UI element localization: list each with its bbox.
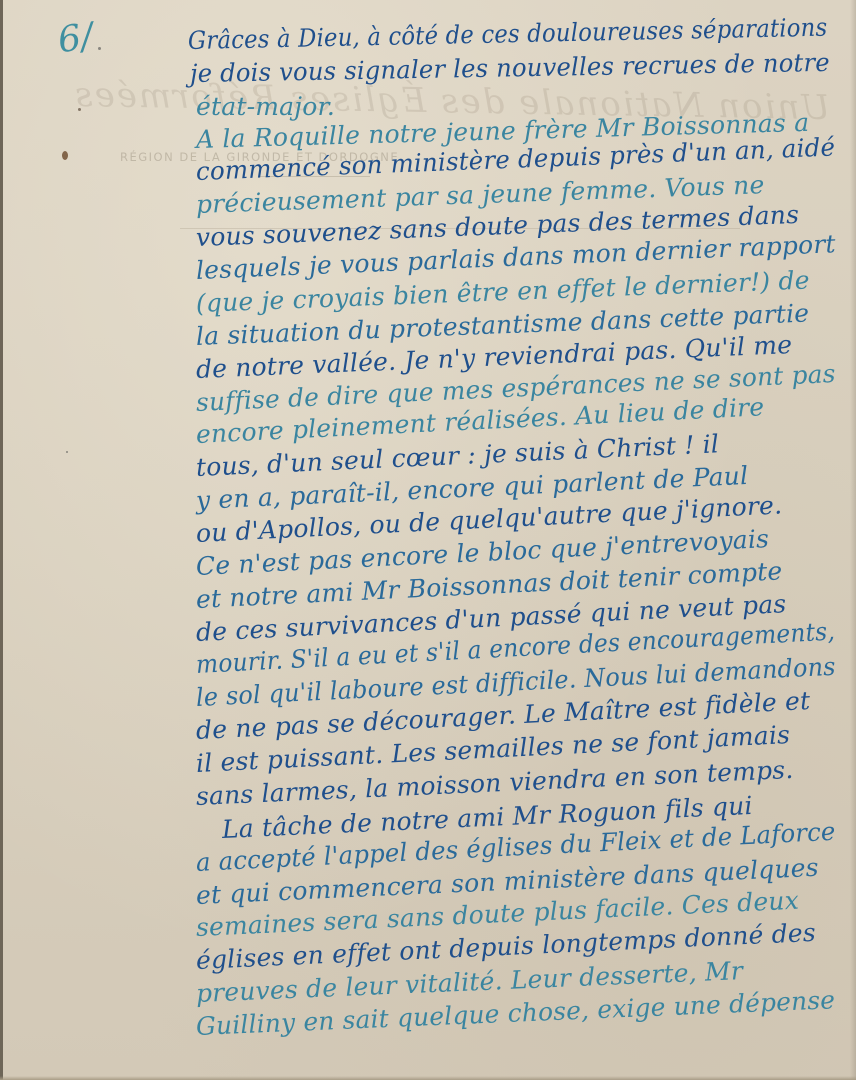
letter-page: Union Nationale des Églises Réformées RÉ…	[0, 0, 856, 1080]
text-line: je dois vous signaler les nouvelles recr…	[190, 48, 830, 89]
handwritten-body: Grâces à Dieu, à côté de ces douloureuse…	[0, 0, 856, 1080]
text-line: état-major.	[196, 92, 335, 122]
